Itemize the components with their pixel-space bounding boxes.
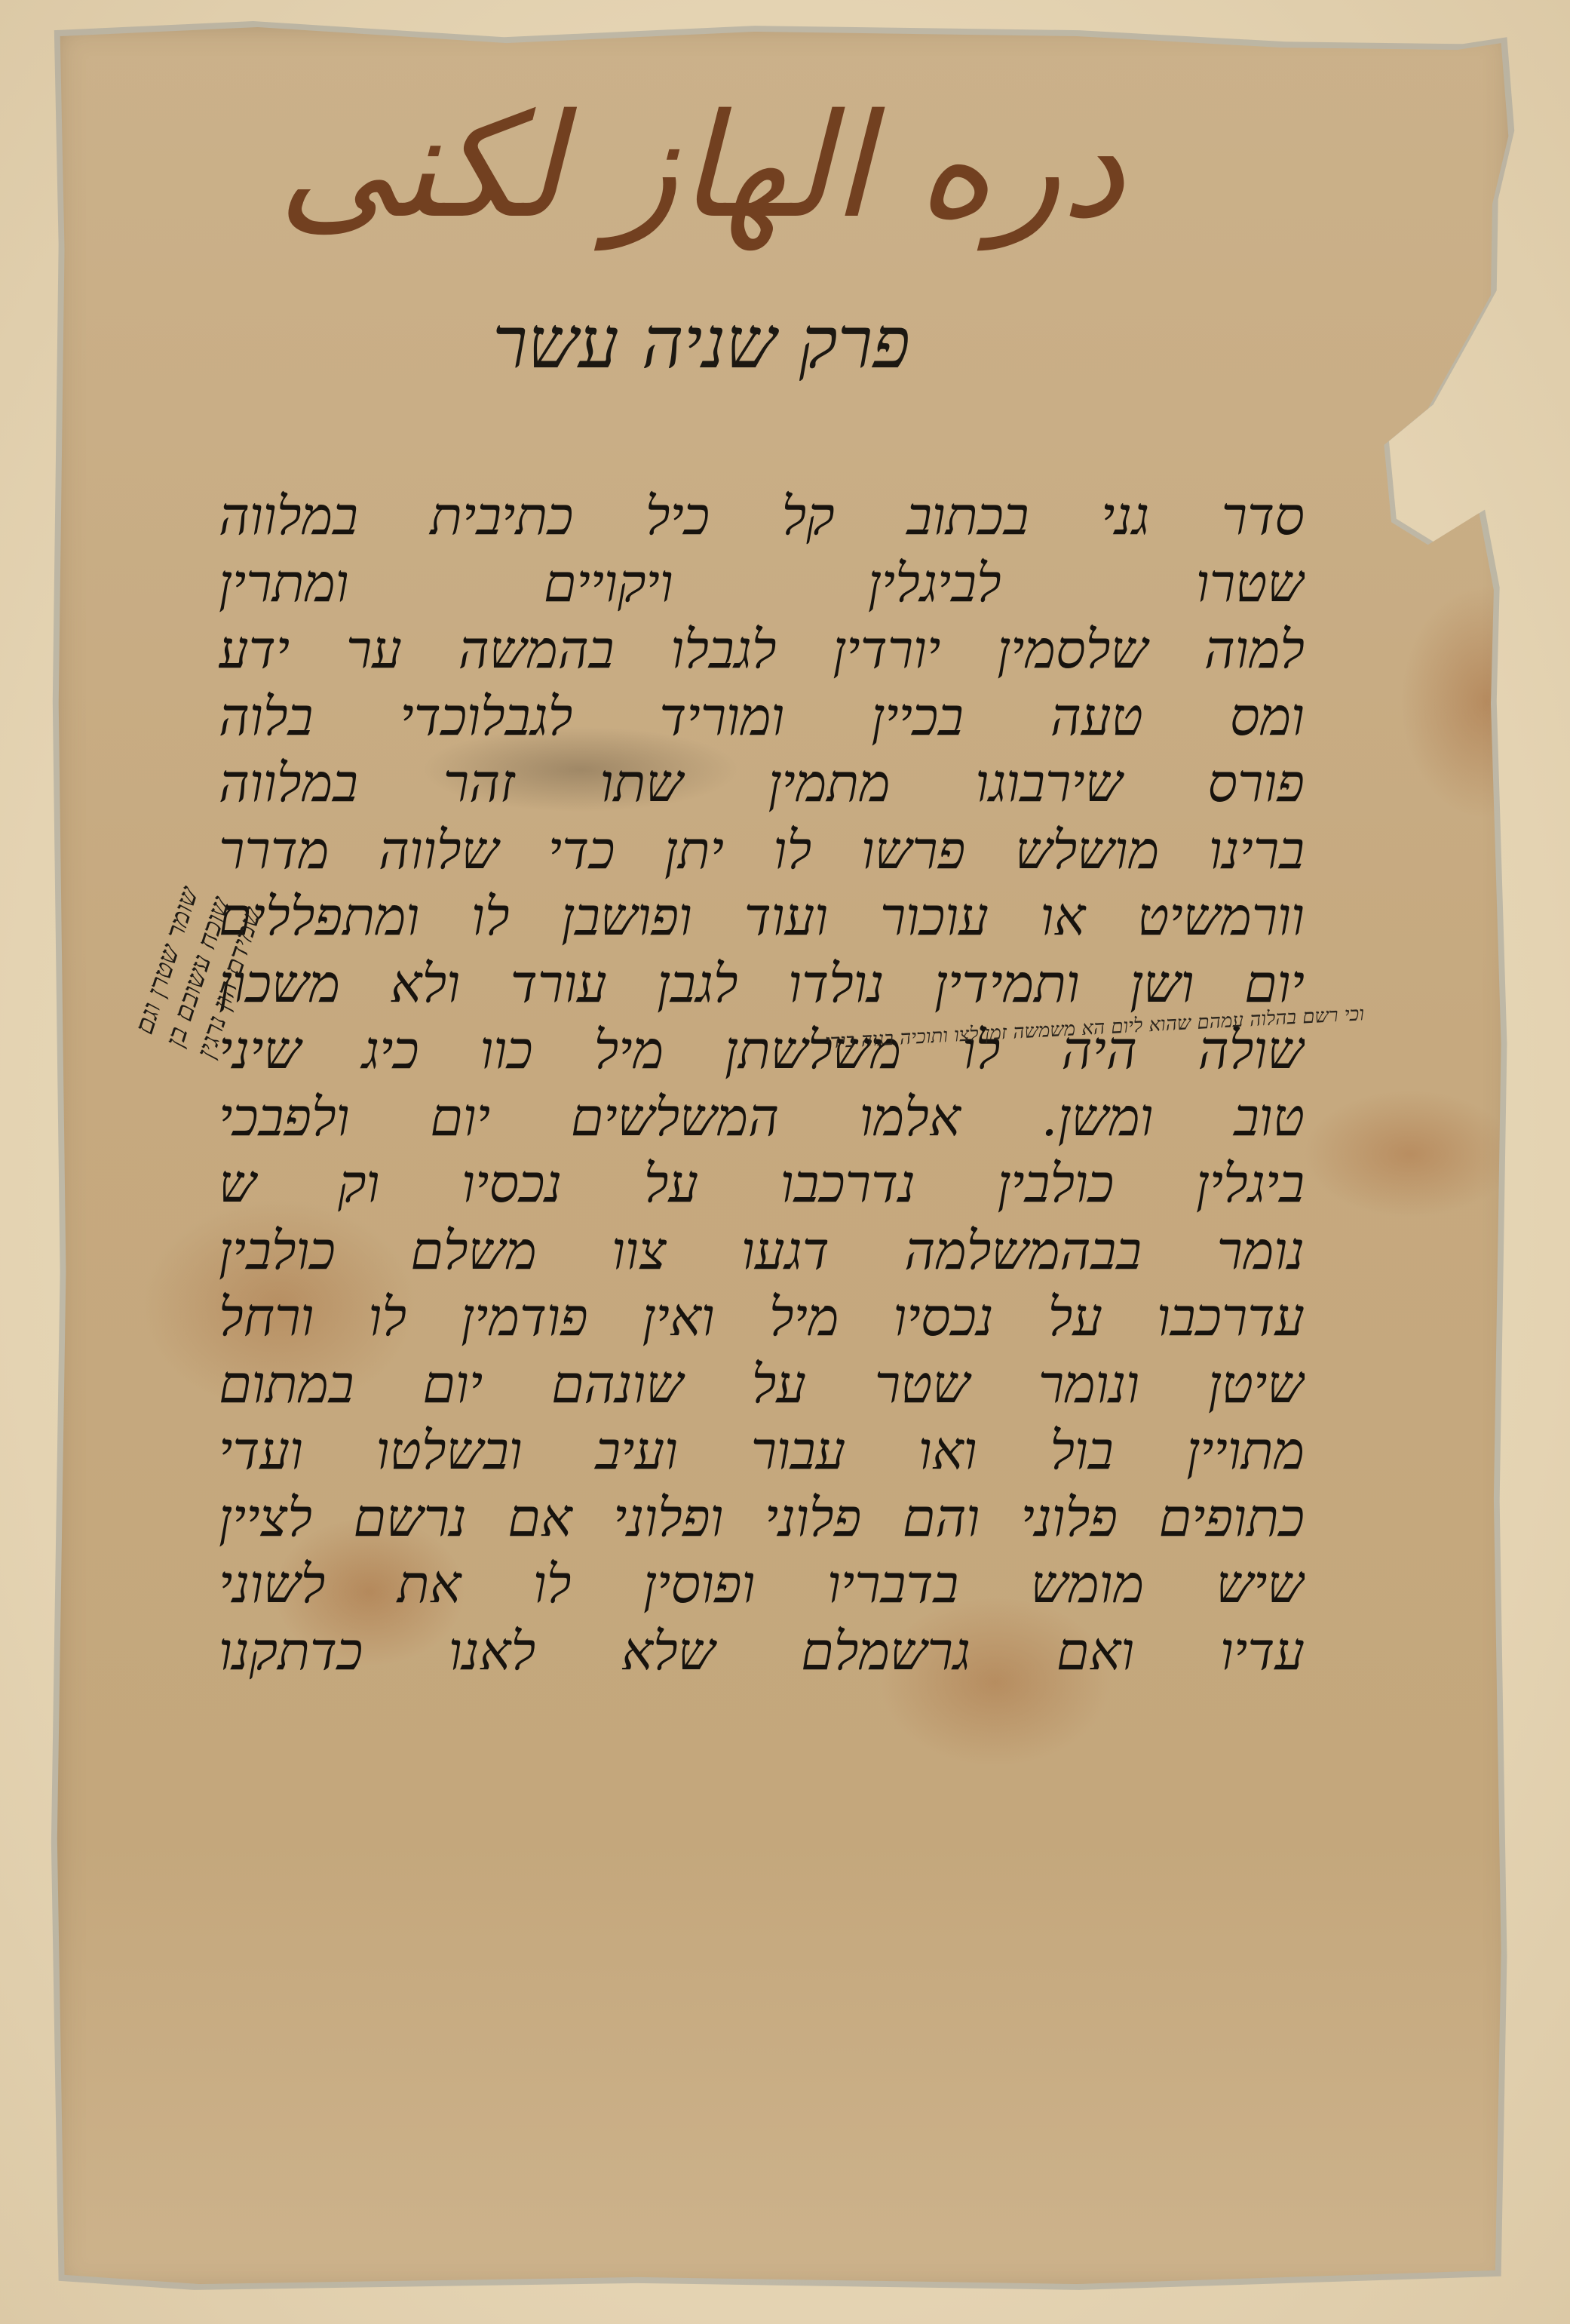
arabic-heading: دره الهاز لكنى <box>113 83 1289 250</box>
text-line: יום ושן ותמידין נולדו לגבן עורד ולא משכו… <box>219 950 1305 1018</box>
text-line: למוה שלסמין יורדין לגבלו בהמשה ער ידע <box>219 616 1305 683</box>
text-line: וורמשיט או עוכור ועוד ופושבן לו ומתפללים <box>219 883 1305 950</box>
text-line: עדיו ואם גרשמלם שלא לאנו כדתקנו <box>219 1618 1305 1685</box>
text-line: ומס טעה בכיין ומוריד לגבלוכדי בלוה <box>219 683 1305 751</box>
text-line: פורס שירבוגו מתמין שתו זהר במלווה <box>219 750 1305 817</box>
body-text: סדר גני בכתוב קל כיל כתיבית במלווה שטרו … <box>219 483 1305 1684</box>
text-line: מתויין בול ואו עבור ועיב ובשלטו ועדי <box>219 1417 1305 1484</box>
chapter-subheading: פרק שניה עשר <box>362 302 1041 385</box>
text-line: ביגלין כולבין נדרכבו על נכסיו וק ש <box>219 1150 1305 1217</box>
text-line: שיש מומש בדבריו ופוסין לו את לשוני <box>219 1551 1305 1618</box>
text-line: שטרו לביגלין ויקויים ומתרין <box>219 550 1305 617</box>
text-line: ברינו מושלש פרשו לו יתן כדי שלווה מדרר <box>219 817 1305 884</box>
text-line: כתופים פלוני והם פלוני ופלוני אם נרשם לצ… <box>219 1484 1305 1552</box>
text-line: עדרכבו על נכסיו מיל ואין פודמין לו ורחל <box>219 1284 1305 1351</box>
text-line: טוב ומשן. אלמו המשלשים יום ולפבכי <box>219 1084 1305 1151</box>
text-line: סדר גני בכתוב קל כיל כתיבית במלווה <box>219 483 1305 550</box>
text-line: שיטן ונומר שטר על שונהם יום במתום <box>219 1351 1305 1418</box>
text-line: נומר בבהמשלמה דגעו צוו משלם כולבין <box>219 1217 1305 1285</box>
